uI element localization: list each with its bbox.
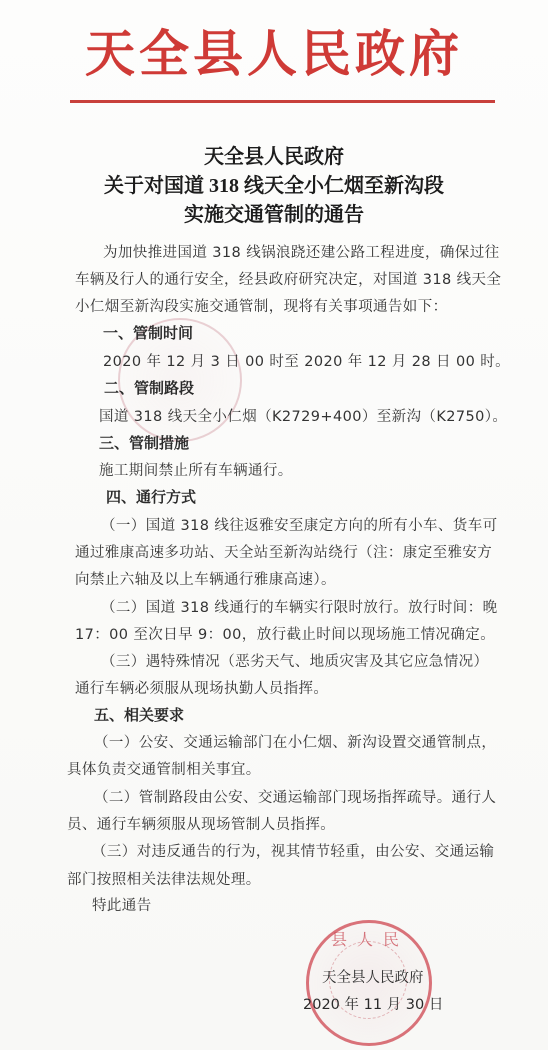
- section-4-line-7: 通行车辆必须服从现场执勤人员指挥。: [75, 677, 328, 698]
- title-line-2: 关于对国道 318 线天全小仁烟至新沟段: [0, 172, 548, 201]
- closing-remark: 特此通告: [92, 894, 152, 915]
- title-line-1: 天全县人民政府: [0, 143, 548, 172]
- section-1-line-1: 2020 年 12 月 3 日 00 时至 2020 年 12 月 28 日 0…: [103, 350, 510, 371]
- document-title: 天全县人民政府 关于对国道 318 线天全小仁烟至新沟段 实施交通管制的通告: [0, 143, 548, 230]
- section-5-line-6: 部门按照相关法律法规处理。: [67, 868, 261, 889]
- signature-issuer: 天全县人民政府: [322, 966, 424, 987]
- document-page: 天全县人民政府 天全县人民政府 关于对国道 318 线天全小仁烟至新沟段 实施交…: [0, 0, 548, 1050]
- intro-line-2: 车辆及行人的通行安全，经县政府研究决定，对国道 318 线天全: [75, 268, 501, 289]
- section-2-line-1: 国道 318 线天全小仁烟（K2729+400）至新沟（K2750）。: [99, 405, 507, 426]
- section-3-heading: 三、管制措施: [99, 432, 189, 453]
- section-5-heading: 五、相关要求: [94, 704, 184, 725]
- seal-arc-text: 县人民: [331, 927, 409, 950]
- title-line-3: 实施交通管制的通告: [0, 201, 548, 230]
- section-4-line-4: （二）国道 318 线通行的车辆实行限时放行。放行时间：晚: [101, 596, 498, 617]
- masthead-issuer: 天全县人民政府: [0, 22, 548, 86]
- section-1-heading: 一、管制时间: [103, 322, 193, 343]
- section-4-line-1: （一）国道 318 线往返雅安至康定方向的所有小车、货车可: [101, 514, 498, 535]
- section-4-heading: 四、通行方式: [106, 486, 196, 507]
- section-5-line-5: （三）对违反通告的行为，视其情节轻重，由公安、交通运输: [92, 840, 494, 861]
- section-4-line-2: 通过雅康高速多功站、天全站至新沟站绕行（注：康定至雅安方: [75, 541, 492, 562]
- section-4-line-5: 17：00 至次日早 9：00，放行截止时间以现场施工情况确定。: [75, 623, 495, 644]
- section-4-line-3: 向禁止六轴及以上车辆通行雅康高速）。: [75, 568, 336, 589]
- intro-line-3: 小仁烟至新沟段实施交通管制，现将有关事项通告如下：: [75, 295, 448, 316]
- intro-line-1: 为加快推进国道 318 线锅浪跷还建公路工程进度，确保过往: [103, 241, 500, 262]
- section-5-line-4: 员、通行车辆须服从现场管制人员指挥。: [67, 813, 335, 834]
- section-4-line-6: （三）遇特殊情况（恶劣天气、地质灾害及其它应急情况）: [101, 650, 488, 671]
- section-5-line-3: （二）管制路段由公安、交通运输部门现场指挥疏导。通行人: [94, 786, 496, 807]
- section-2-heading: 二、管制路段: [104, 377, 194, 398]
- signature-date: 2020 年 11 月 30 日: [303, 993, 443, 1014]
- section-5-line-1: （一）公安、交通运输部门在小仁烟、新沟设置交通管制点，: [94, 731, 496, 752]
- section-3-line-1: 施工期间禁止所有车辆通行。: [99, 459, 293, 480]
- masthead-red-rule: [70, 100, 495, 103]
- section-5-line-2: 具体负责交通管制相关事宜。: [67, 758, 261, 779]
